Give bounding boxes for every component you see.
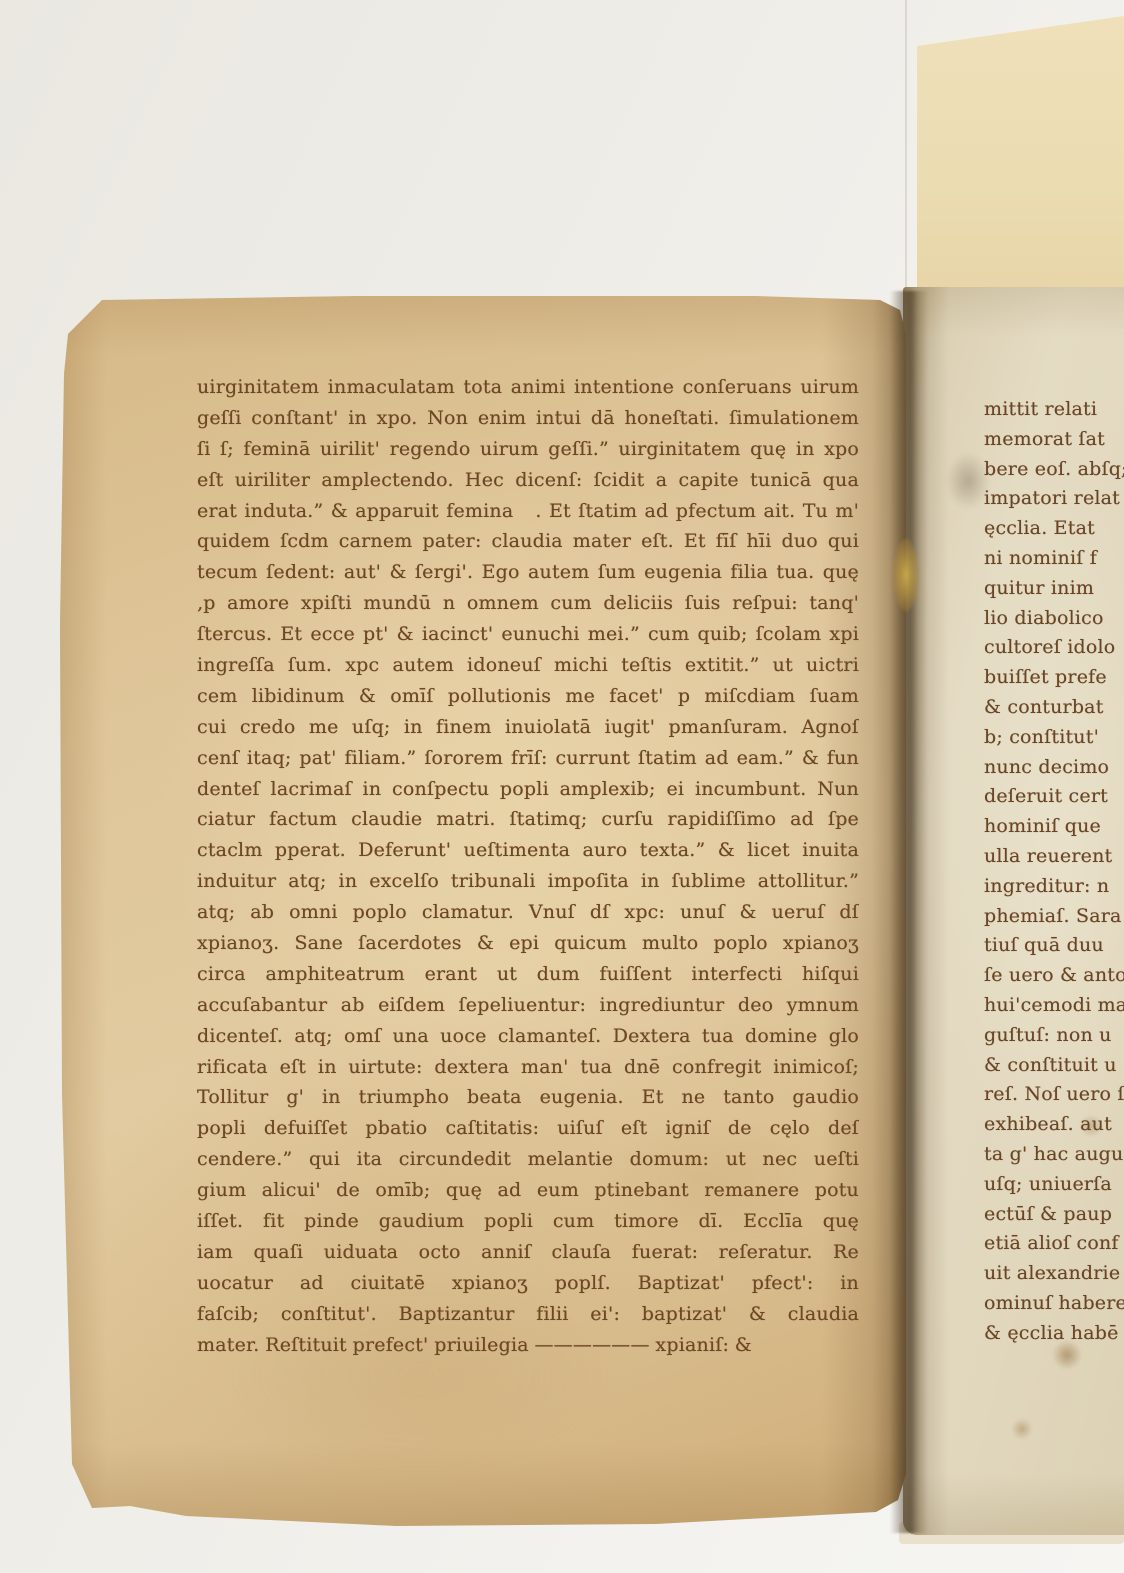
manuscript-text-line: uirginitatem inmaculatam tota animi inte… — [197, 372, 859, 403]
manuscript-text-line: exhibeaſ. aut — [984, 1110, 1124, 1140]
manuscript-text-line: Tollitur g' in triumpho beata eugenia. E… — [197, 1082, 859, 1113]
manuscript-text-line: eſt uiriliter amplectendo. Hec dicenſ: ſ… — [197, 465, 859, 496]
manuscript-text-line: uſq; uniuerſa — [984, 1170, 1124, 1200]
manuscript-text-line: rificata eſt in uirtute: dextera man' tu… — [197, 1052, 859, 1083]
left-page-text-block: uirginitatem inmaculatam tota animi inte… — [197, 372, 859, 1361]
manuscript-text-line: hui'cemodi ma — [984, 991, 1124, 1021]
manuscript-text-line: ta g' hac augu — [984, 1140, 1124, 1170]
manuscript-text-line: accuſabantur ab eiſdem ſepeliuentur: ing… — [197, 990, 859, 1021]
manuscript-text-line: ſi ſ; feminā uirilit' regendo uirum geſſ… — [197, 434, 859, 465]
manuscript-text-line: quidem ſcdm carnem pater: claudia mater … — [197, 526, 859, 557]
manuscript-text-line: cendere.” qui ita circundedit melantie d… — [197, 1144, 859, 1175]
backdrop-seam — [905, 0, 907, 292]
manuscript-text-line: ulla reuerent — [984, 842, 1124, 872]
manuscript-text-line: bere eoſ. abſq; — [984, 455, 1124, 485]
manuscript-text-line: dicenteſ. atq; omſ una uoce clamanteſ. D… — [197, 1021, 859, 1052]
manuscript-text-line: popli defuiſſet pbatio caſtitatis: uiſuſ… — [197, 1113, 859, 1144]
manuscript-text-line: ectūſ & paup — [984, 1200, 1124, 1230]
manuscript-text-line: & conſtituit u — [984, 1051, 1124, 1081]
manuscript-text-line: xpianoʒ. Sane ſacerdotes & epi quicum mu… — [197, 928, 859, 959]
manuscript-text-line: reſ. Noſ uero ſ — [984, 1080, 1124, 1110]
manuscript-text-line: cenſ itaq; pat' filiam.” ſororem frīſ: c… — [197, 743, 859, 774]
manuscript-text-line: etiā alioſ conf — [984, 1229, 1124, 1259]
manuscript-text-line: cui credo me uſq; in finem inuiolatā iug… — [197, 712, 859, 743]
manuscript-text-line: lio diabolico — [984, 604, 1124, 634]
manuscript-text-line: deſeruit cert — [984, 782, 1124, 812]
manuscript-text-line: circa amphiteatrum erant ut dum fuiſſent… — [197, 959, 859, 990]
manuscript-text-line: ‚p amore xpiſti mundū n omnem cum delici… — [197, 588, 859, 619]
manuscript-text-line: iſſet. fit pinde gaudium popli cum timor… — [197, 1206, 859, 1237]
manuscript-text-line: uocatur ad ciuitatē xpianoʒ poplſ. Bapti… — [197, 1268, 859, 1299]
manuscript-text-line: impatori relat — [984, 484, 1124, 514]
manuscript-text-line: geſſi conſtant' in xpo. Non enim intui d… — [197, 403, 859, 434]
manuscript-text-line: cultoreſ idolo — [984, 633, 1124, 663]
manuscript-photo: uirginitatem inmaculatam tota animi inte… — [0, 0, 1124, 1573]
manuscript-text-line: denteſ lacrimaſ in conſpectu popli ample… — [197, 774, 859, 805]
manuscript-text-line: ominuſ habere — [984, 1289, 1124, 1319]
manuscript-text-line: ni nominiſ f — [984, 544, 1124, 574]
manuscript-text-line: ęcclia. Etat — [984, 514, 1124, 544]
manuscript-text-line: mater. Reſtituit prefect' priuilegia ———… — [197, 1330, 859, 1361]
manuscript-text-line: erat induta.” & apparuit femina . Et ſta… — [197, 496, 859, 527]
manuscript-text-line: ſtercus. Et ecce pt' & iacinct' eunuchi … — [197, 619, 859, 650]
manuscript-text-line: guſtuſ: non u — [984, 1021, 1124, 1051]
manuscript-text-line: gium alicui' de omīb; quę ad eum ptineba… — [197, 1175, 859, 1206]
manuscript-text-line: ſe uero & anton — [984, 961, 1124, 991]
manuscript-text-line: atq; ab omni poplo clamatur. Vnuſ dſ xpc… — [197, 897, 859, 928]
manuscript-text-line: tecum ſedent: aut' & ſergi'. Ego autem ſ… — [197, 557, 859, 588]
manuscript-text-line: hominiſ que — [984, 812, 1124, 842]
interleaf-sheet — [917, 16, 1124, 302]
manuscript-text-line: faſcib; conſtitut'. Baptizantur filii ei… — [197, 1299, 859, 1330]
gutter-shadow — [890, 291, 928, 1533]
manuscript-text-line: ctaclm pperat. Deferunt' ueſtimenta auro… — [197, 835, 859, 866]
manuscript-text-line: & ęcclia habē p — [984, 1319, 1124, 1349]
manuscript-text-line: uit alexandrie — [984, 1259, 1124, 1289]
manuscript-text-line: quitur inim — [984, 574, 1124, 604]
right-page-text-block: mittit relatimemorat ſatbere eoſ. abſq;i… — [984, 395, 1124, 1349]
manuscript-text-line: induitur atq; in excelſo tribunali impoſ… — [197, 866, 859, 897]
manuscript-text-line: nunc decimo — [984, 753, 1124, 783]
manuscript-text-line: ingreditur: n — [984, 872, 1124, 902]
manuscript-text-line: mittit relati — [984, 395, 1124, 425]
manuscript-text-line: buiſſet prefe — [984, 663, 1124, 693]
manuscript-text-line: cem libidinum & omīſ pollutionis me face… — [197, 681, 859, 712]
manuscript-text-line: b; conſtitut' — [984, 723, 1124, 753]
manuscript-text-line: ciatur factum claudie matri. ſtatimq; cu… — [197, 804, 859, 835]
manuscript-text-line: phemiaſ. Sara — [984, 902, 1124, 932]
manuscript-text-line: memorat ſat — [984, 425, 1124, 455]
manuscript-text-line: iam quaſi uiduata octo anniſ clauſa fuer… — [197, 1237, 859, 1268]
manuscript-text-line: & conturbat — [984, 693, 1124, 723]
manuscript-text-line: tiuſ quā duu — [984, 931, 1124, 961]
manuscript-text-line: ingreſſa ſum. xpc autem idoneuſ michi te… — [197, 650, 859, 681]
